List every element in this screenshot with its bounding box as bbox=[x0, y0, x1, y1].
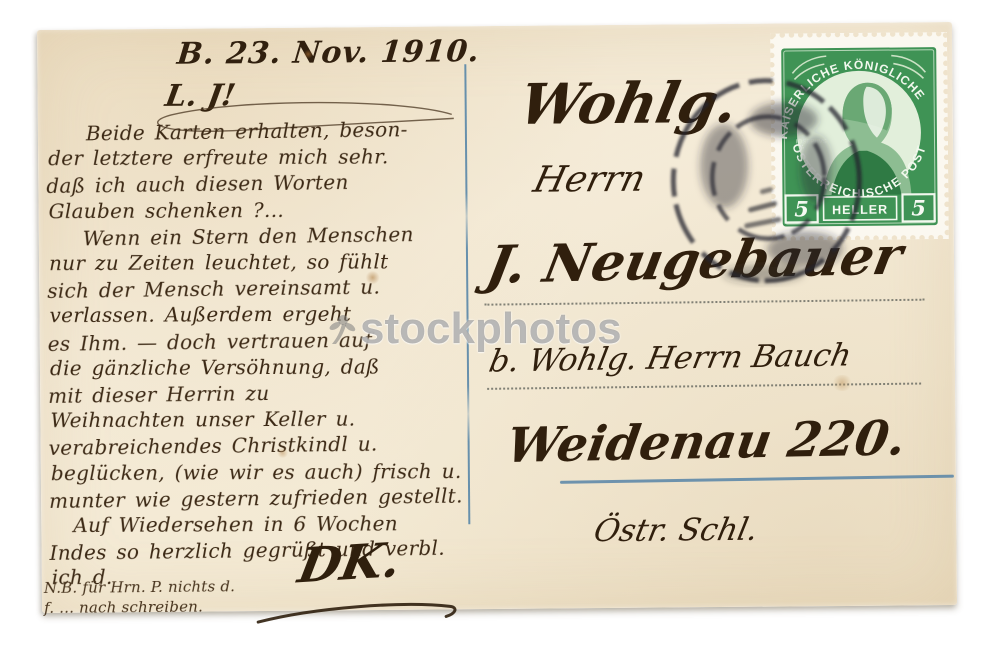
date-text: B. 23. Nov. 1910. bbox=[176, 34, 482, 72]
foxing-spot bbox=[277, 448, 289, 458]
message-line: Wenn ein Stern den Menschen bbox=[47, 220, 479, 252]
photo-of-postcard: { "photo": { "background_color": "#fffff… bbox=[0, 0, 1000, 666]
address-dotted-rule-2 bbox=[487, 383, 921, 390]
address-place: Weidenau 220. bbox=[503, 410, 910, 474]
message-line: daß ich auch diesen Worten bbox=[46, 168, 478, 200]
address-region: Östr. Schl. bbox=[591, 512, 762, 549]
signature-text: DK. bbox=[294, 532, 406, 594]
foxing-spot bbox=[365, 271, 380, 284]
postmark-date-marks bbox=[746, 190, 778, 226]
message-line: munter wie gestern zufrieden gestellt. bbox=[49, 482, 481, 514]
signature-flourish bbox=[254, 586, 464, 628]
watermark-flower-icon bbox=[326, 312, 356, 346]
postscript-line: f. ... nach schreiben. bbox=[44, 596, 235, 618]
watermark: stockphotos bbox=[326, 304, 622, 354]
postmark-smudge bbox=[700, 102, 844, 283]
message-line: die gänzliche Versöhnung, daß bbox=[50, 353, 482, 381]
message-line: verabreichendes Christkindl u. bbox=[48, 430, 480, 462]
postmark bbox=[665, 73, 867, 289]
message-line: Glauben schenken ?... bbox=[49, 196, 481, 224]
watermark-text: stockphotos bbox=[360, 304, 622, 354]
foxing-spot bbox=[303, 50, 313, 59]
address-title: Herrn bbox=[529, 159, 649, 201]
stamp-value-right: 5 bbox=[911, 195, 926, 220]
address-blue-underline bbox=[560, 475, 954, 484]
message-line: beglücken, (wie wir es auch) frisch u. bbox=[51, 458, 483, 486]
foxing-spot bbox=[831, 375, 853, 391]
postscript-block: N.B. für Hrn. P. nichts d. f. ... nach s… bbox=[44, 576, 236, 618]
postscript-line: N.B. für Hrn. P. nichts d. bbox=[44, 576, 235, 598]
